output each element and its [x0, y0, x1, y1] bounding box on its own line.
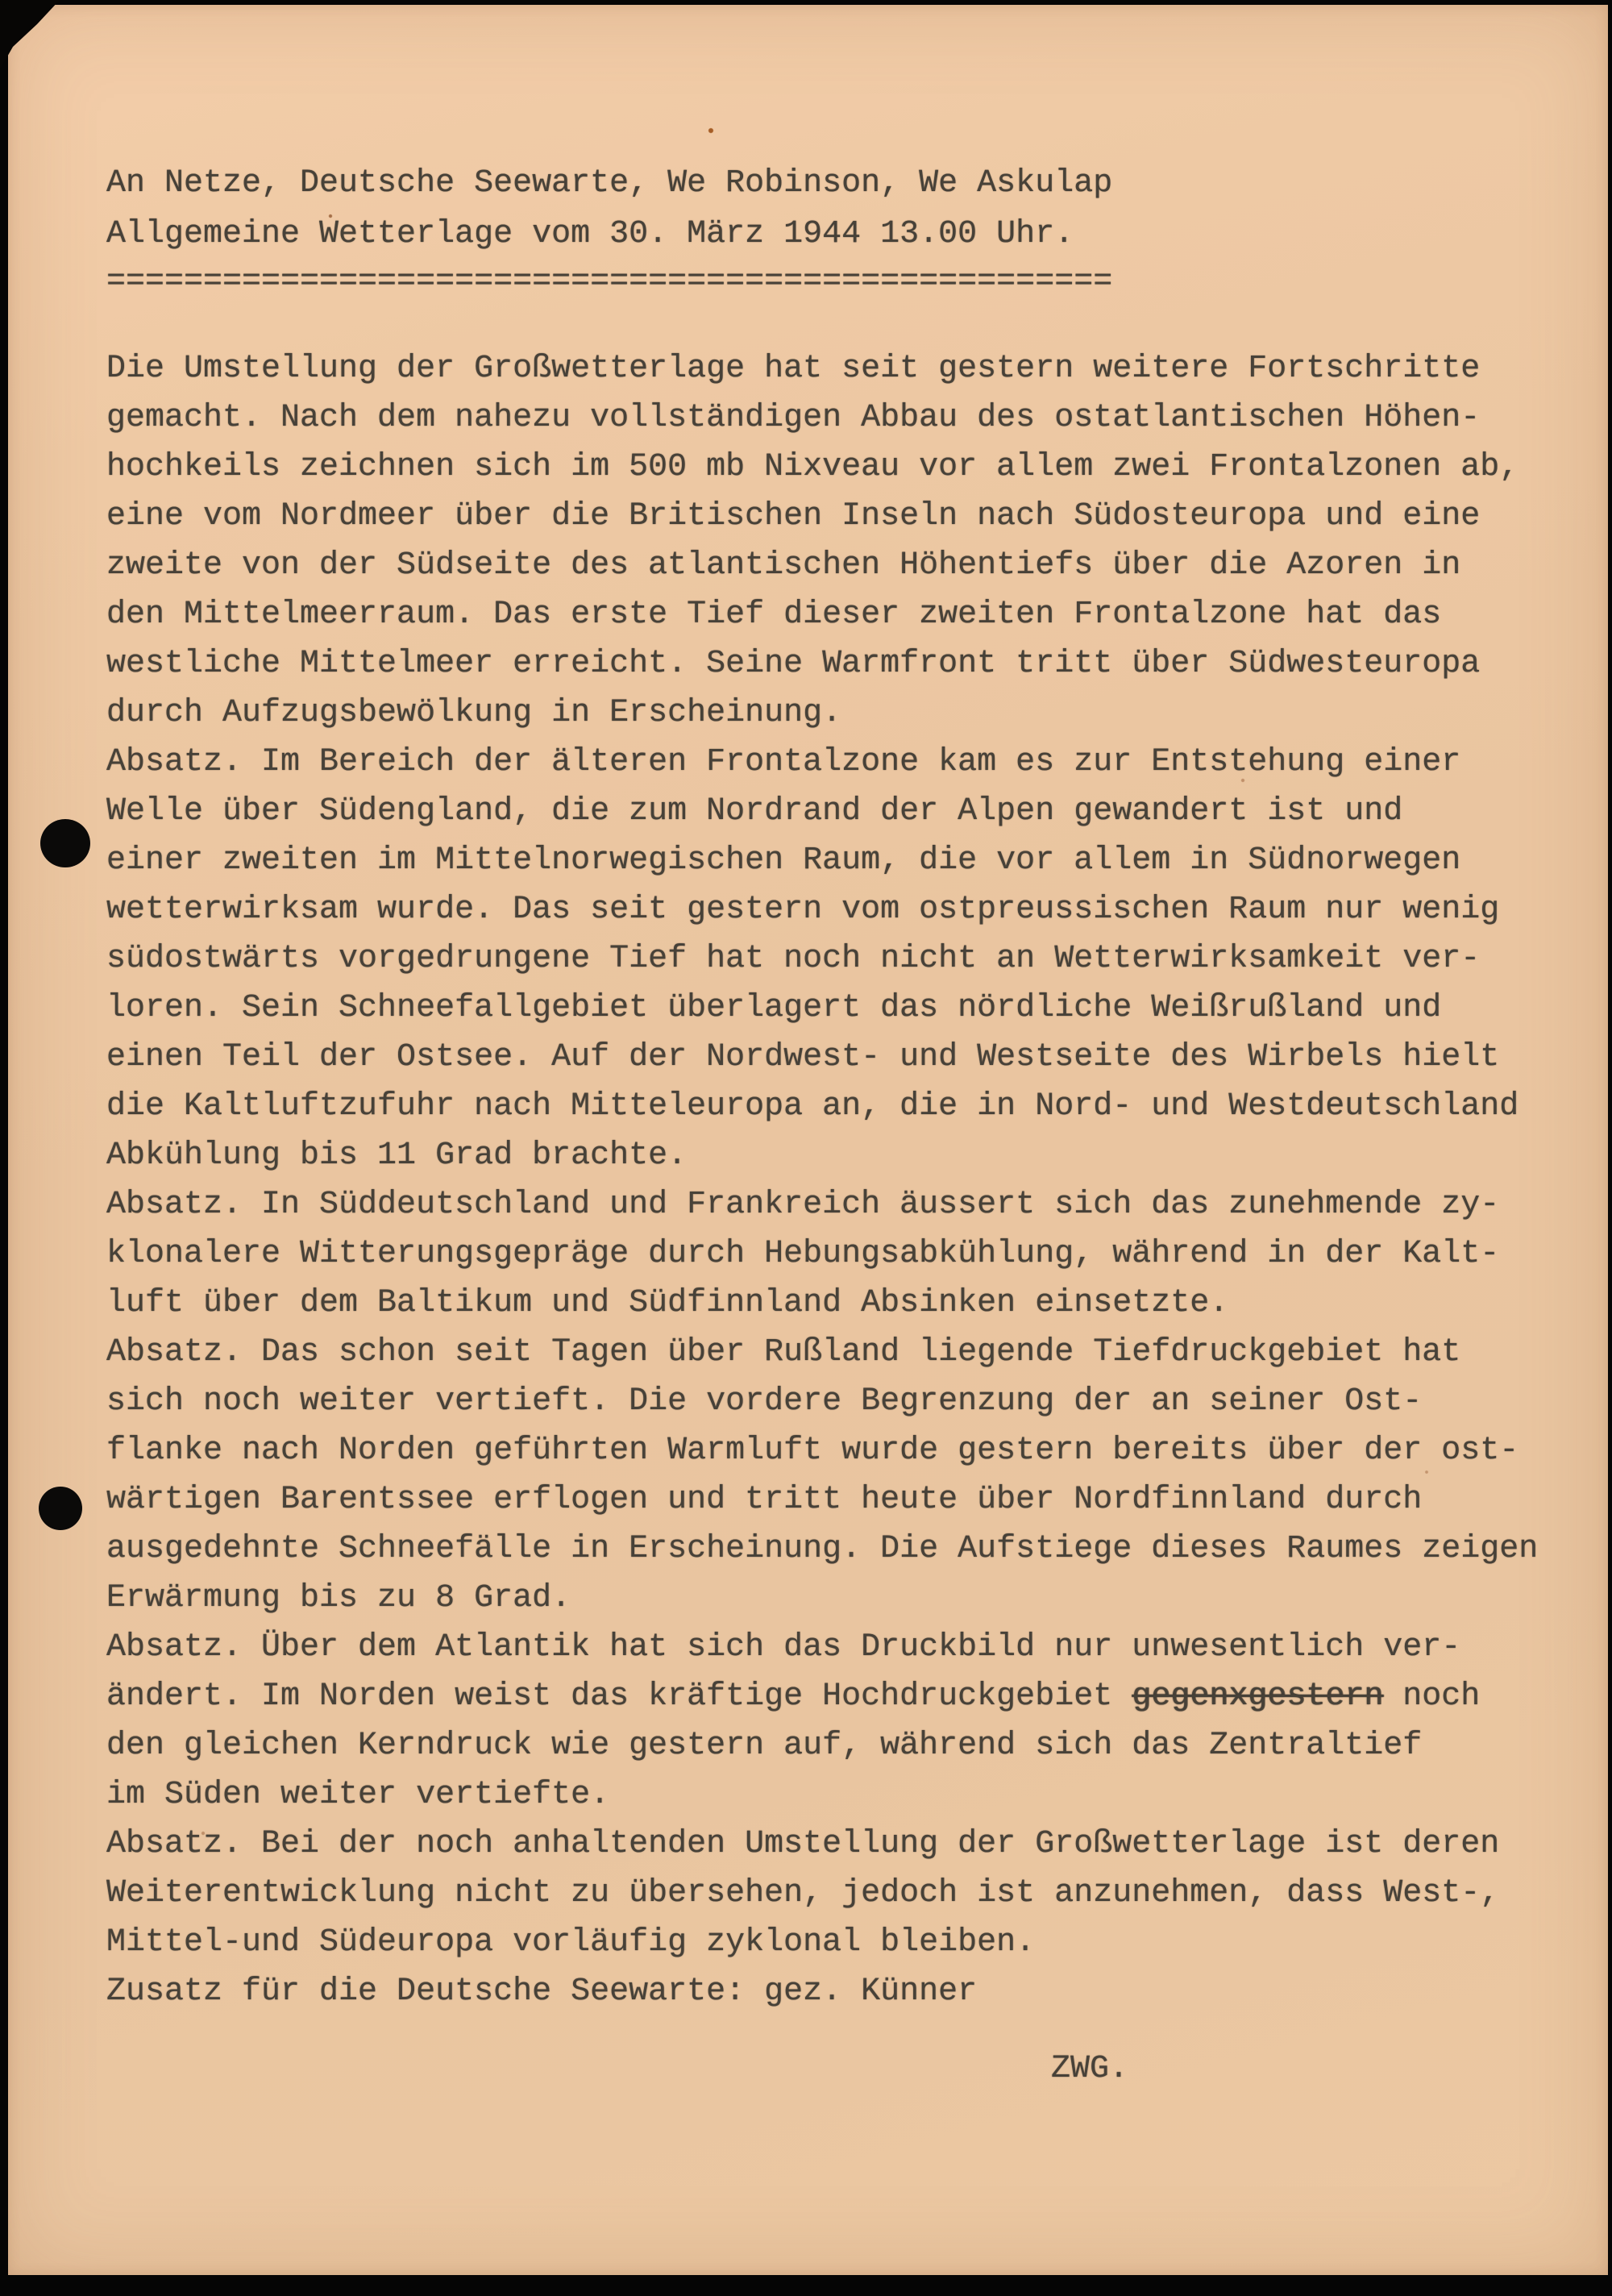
struck-text: gegenxgestern	[1132, 1678, 1383, 1715]
scan-corner-artifact	[0, 0, 68, 74]
body-line: sich noch weiter vertieft. Die vordere B…	[106, 1377, 1589, 1426]
signature-line: Zusatz für die Deutsche Seewarte: gez. K…	[106, 1967, 1589, 2016]
body-line: loren. Sein Schneefallgebiet überlagert …	[106, 984, 1589, 1033]
body-line: den Mittelmeerraum. Das erste Tief diese…	[106, 590, 1589, 639]
body-line: Absatz. Bei der noch anhaltenden Umstell…	[106, 1820, 1589, 1869]
body-line: hochkeils zeichnen sich im 500 mb Nixvea…	[106, 443, 1589, 492]
body-line: Absatz. In Süddeutschland und Frankreich…	[106, 1180, 1589, 1229]
body-line: die Kaltluftzufuhr nach Mitteleuropa an,…	[106, 1082, 1589, 1131]
body-line: Absatz. Über dem Atlantik hat sich das D…	[106, 1623, 1589, 1672]
body-line: eine vom Nordmeer über die Britischen In…	[106, 492, 1589, 541]
body-line: klonalere Witterungsgepräge durch Hebung…	[106, 1229, 1589, 1279]
separator-line: ========================================…	[106, 256, 1589, 307]
body-line-with-correction: ändert. Im Norden weist das kräftige Hoc…	[106, 1672, 1589, 1721]
body-line: Absatz. Das schon seit Tagen über Rußlan…	[106, 1328, 1589, 1377]
body-line: Weiterentwicklung nicht zu übersehen, je…	[106, 1869, 1589, 1918]
paper-page: An Netze, Deutsche Seewarte, We Robinson…	[8, 5, 1608, 2275]
body-line: im Süden weiter vertiefte.	[106, 1770, 1589, 1820]
body-line: einen Teil der Ostsee. Auf der Nordwest-…	[106, 1033, 1589, 1082]
body-line: durch Aufzugsbewölkung in Erscheinung.	[106, 688, 1589, 738]
body-line: wärtigen Barentssee erflogen und tritt h…	[106, 1475, 1589, 1524]
scanned-document: An Netze, Deutsche Seewarte, We Robinson…	[0, 0, 1612, 2296]
body-line: ausgedehnte Schneefälle in Erscheinung. …	[106, 1524, 1589, 1574]
document-header: An Netze, Deutsche Seewarte, We Robinson…	[106, 158, 1589, 307]
hole-punch-top	[40, 819, 90, 867]
recipients-line: An Netze, Deutsche Seewarte, We Robinson…	[106, 158, 1589, 209]
hole-punch-bottom	[39, 1487, 82, 1530]
zwg-mark: ZWG.	[1051, 2044, 1128, 2094]
document-content: An Netze, Deutsche Seewarte, We Robinson…	[106, 158, 1589, 2016]
title-line: Allgemeine Wetterlage vom 30. März 1944 …	[106, 209, 1589, 260]
body-line: westliche Mittelmeer erreicht. Seine War…	[106, 639, 1589, 688]
body-line: Erwärmung bis zu 8 Grad.	[106, 1574, 1589, 1623]
body-line: Die Umstellung der Großwetterlage hat se…	[106, 344, 1589, 393]
body-line: flanke nach Norden geführten Warmluft wu…	[106, 1426, 1589, 1475]
body-line: einer zweiten im Mittelnorwegischen Raum…	[106, 836, 1589, 885]
body-line: wetterwirksam wurde. Das seit gestern vo…	[106, 885, 1589, 934]
body-line: zweite von der Südseite des atlantischen…	[106, 541, 1589, 590]
body-line: den gleichen Kerndruck wie gestern auf, …	[106, 1721, 1589, 1770]
body-line: Mittel-und Südeuropa vorläufig zyklonal …	[106, 1918, 1589, 1967]
body-line: Abkühlung bis 11 Grad brachte.	[106, 1131, 1589, 1180]
corrected-line-post: noch	[1383, 1678, 1480, 1715]
corrected-line-pre: ändert. Im Norden weist das kräftige Hoc…	[106, 1678, 1132, 1715]
report-body: Die Umstellung der Großwetterlage hat se…	[106, 344, 1589, 1967]
body-line: gemacht. Nach dem nahezu vollständigen A…	[106, 393, 1589, 443]
body-line: Welle über Südengland, die zum Nordrand …	[106, 787, 1589, 836]
body-line: Absatz. Im Bereich der älteren Frontalzo…	[106, 738, 1589, 787]
body-line: luft über dem Baltikum und Südfinnland A…	[106, 1279, 1589, 1328]
body-line: südostwärts vorgedrungene Tief hat noch …	[106, 934, 1589, 984]
document-footer: Zusatz für die Deutsche Seewarte: gez. K…	[106, 1967, 1589, 2016]
